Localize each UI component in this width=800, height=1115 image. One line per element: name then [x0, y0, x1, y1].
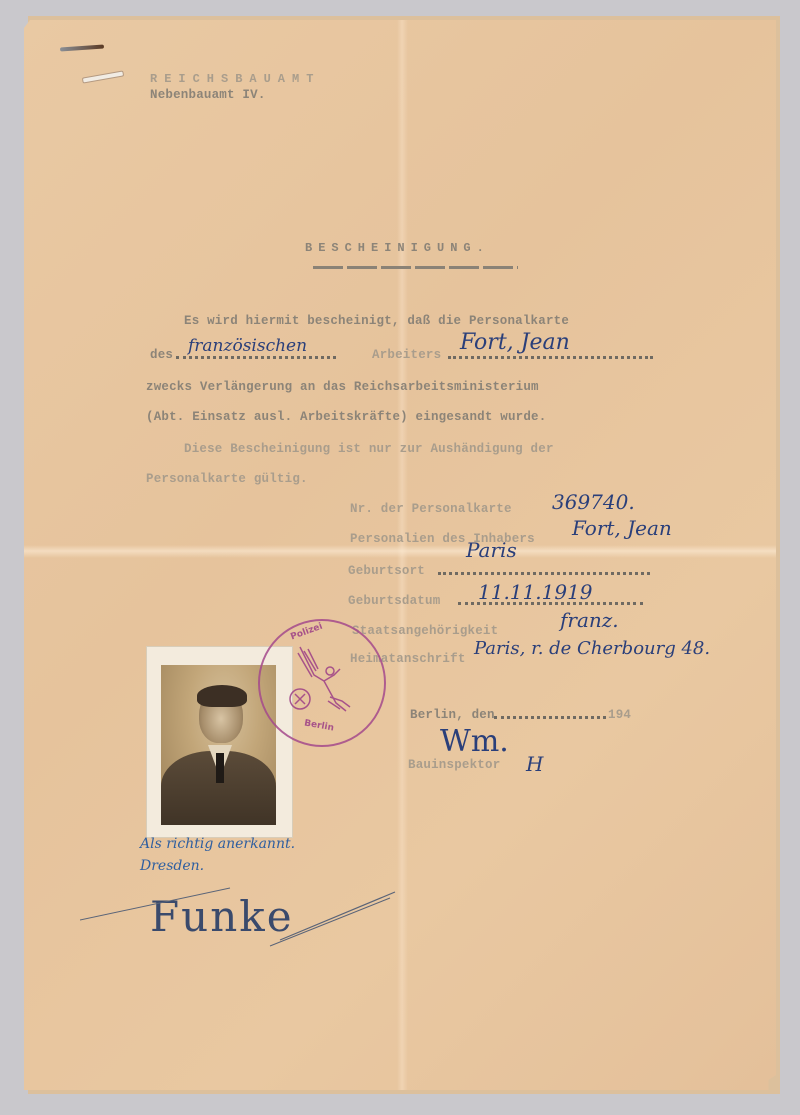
issuer-label: Bauinspektor: [408, 758, 500, 772]
eagle-emblem-icon: [280, 641, 364, 725]
title-underline: [313, 266, 518, 269]
fill-dots: [176, 356, 336, 359]
body-line-6: Personalkarte gültig.: [146, 472, 308, 486]
field-value-nationality: franz.: [560, 608, 619, 632]
field-label-birthplace: Geburtsort: [348, 564, 425, 578]
fill-dots: [438, 572, 650, 575]
page-title: BESCHEINIGUNG.: [305, 241, 490, 255]
annotation-line-2: Dresden.: [140, 858, 204, 874]
body-line-2-prefix: des: [150, 348, 173, 362]
stamp-text-top: Polizei: [289, 622, 324, 643]
handwritten-nationality: französischen: [188, 336, 307, 356]
field-label-card-number: Nr. der Personalkarte: [350, 502, 512, 516]
field-value-birthdate: 11.11.1919: [478, 580, 593, 604]
body-line-4: (Abt. Einsatz ausl. Arbeitskräfte) einge…: [146, 410, 546, 424]
field-value-card-number: 369740.: [552, 490, 635, 514]
field-value-birthplace: Paris: [466, 538, 517, 562]
field-label-nationality: Staatsangehörigkeit: [352, 624, 498, 638]
sub-office-header: Nebenbauamt IV.: [150, 88, 266, 102]
portrait-hair: [197, 685, 247, 707]
fill-dots: [448, 356, 653, 359]
field-label-birthdate: Geburtsdatum: [348, 594, 440, 608]
fill-dots: [494, 716, 606, 719]
portrait-tie: [216, 753, 224, 783]
body-line-1: Es wird hiermit bescheinigt, daß die Per…: [184, 314, 569, 328]
signature-strokes: [80, 880, 410, 990]
field-value-address: Paris, r. de Cherbourg 48.: [474, 638, 710, 659]
handwritten-worker-name: Fort, Jean: [460, 330, 570, 355]
office-header: REICHSBAUAMT: [150, 72, 320, 86]
field-value-holder: Fort, Jean: [572, 516, 672, 540]
body-line-3: zwecks Verlängerung an das Reichsarbeits…: [146, 380, 539, 394]
annotation-line-1: Als richtig anerkannt.: [140, 836, 295, 852]
official-stamp: Polizei Berlin: [258, 619, 386, 747]
place-date-label: Berlin, den: [410, 708, 495, 722]
body-line-2-mid: Arbeiters: [372, 348, 441, 362]
body-line-5: Diese Bescheinigung ist nur zur Aushändi…: [184, 442, 554, 456]
issuer-signature: Wm.: [440, 724, 509, 759]
place-date-year: 194: [608, 708, 631, 722]
issuer-initial: H: [526, 752, 543, 776]
